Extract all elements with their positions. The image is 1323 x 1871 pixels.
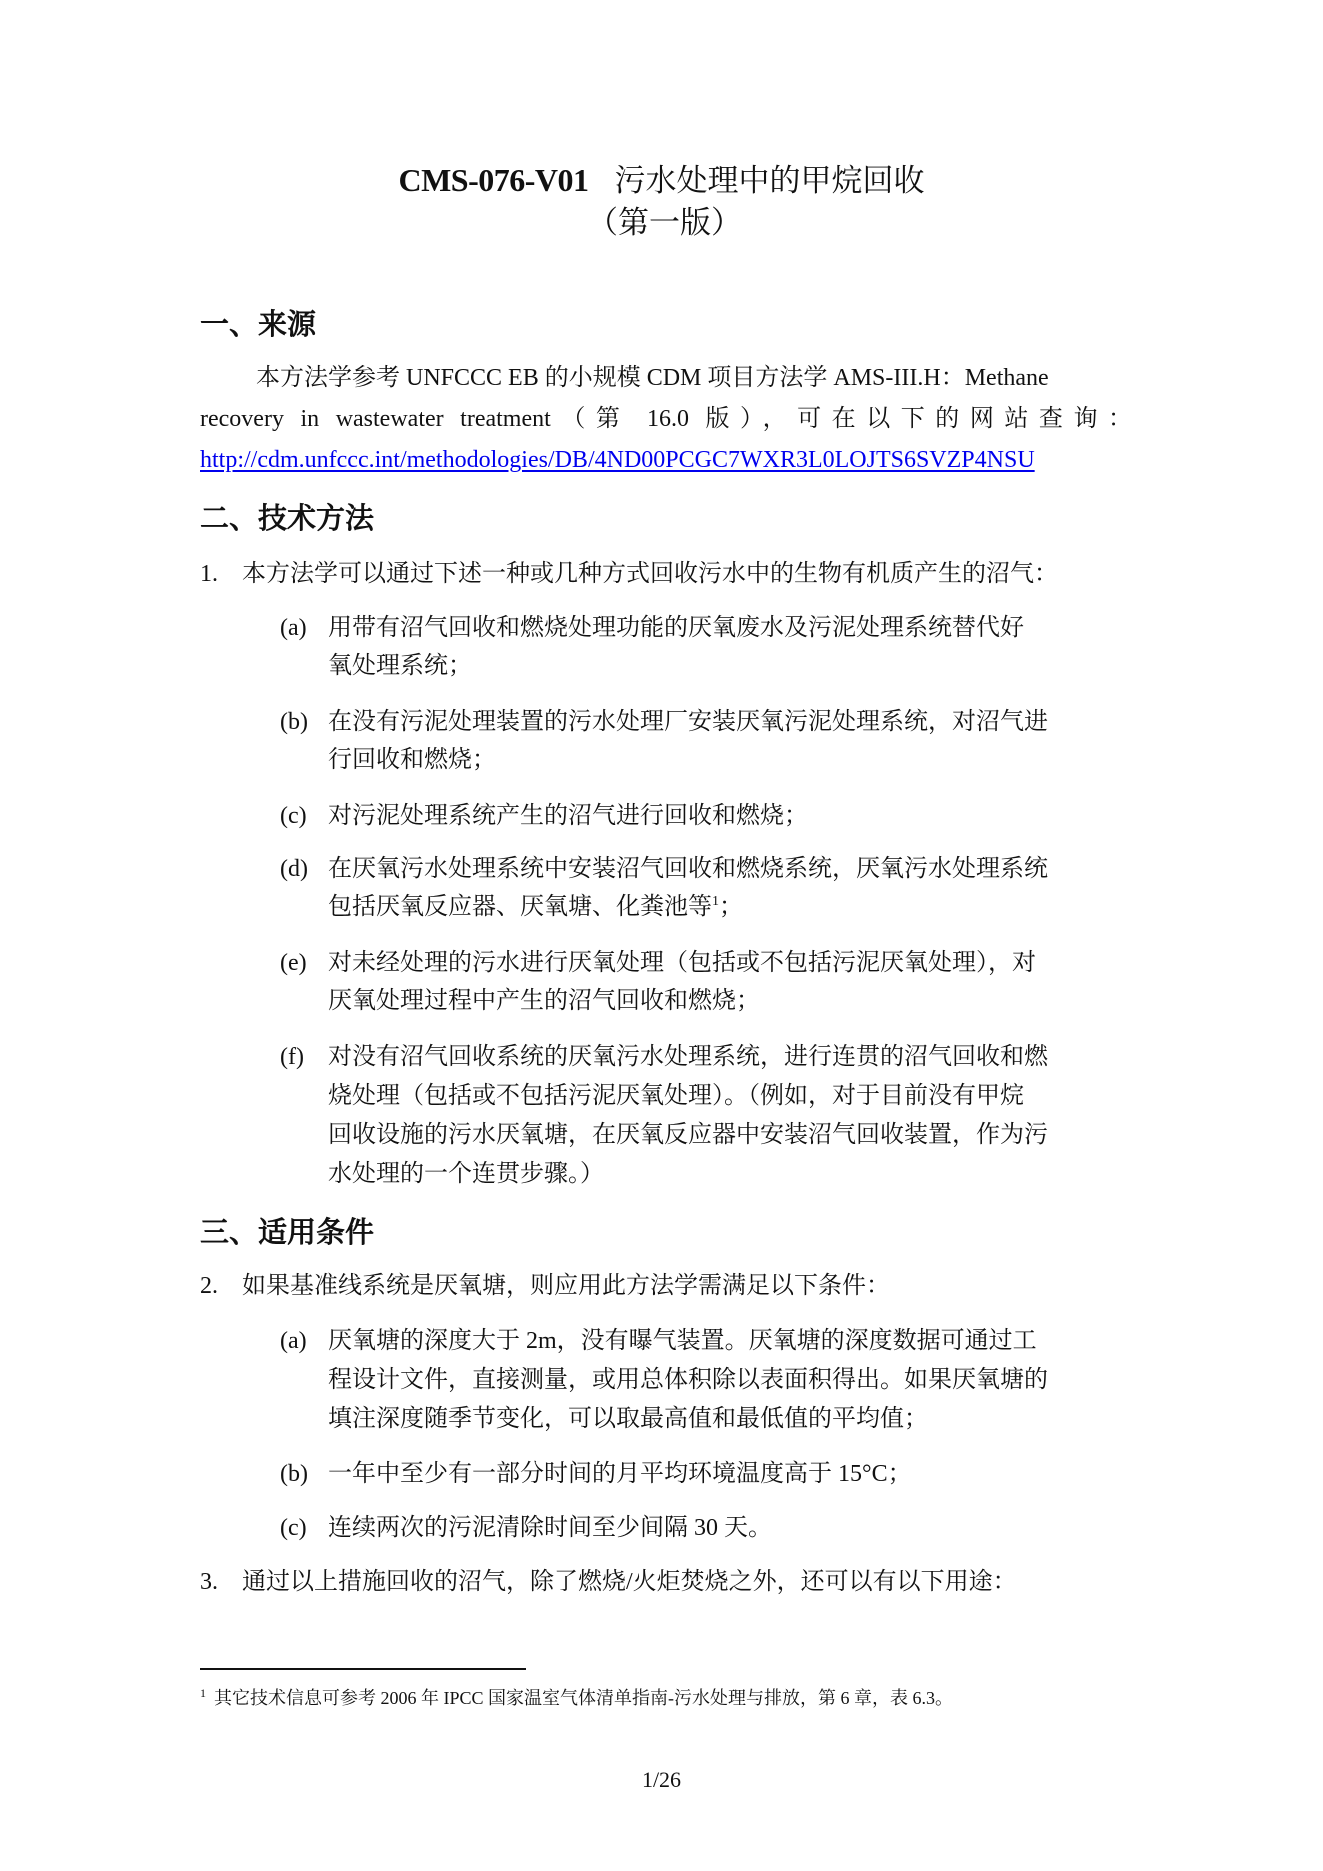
footnote-text: 其它技术信息可参考 2006 年 IPCC 国家温室气体清单指南-污水处理与排放…: [214, 1688, 953, 1708]
subitem-line: 厌氧处理过程中产生的沼气回收和燃烧；: [328, 985, 760, 1017]
subitem-line: 行回收和燃烧；: [328, 744, 496, 776]
footnote-reference[interactable]: 1: [712, 894, 719, 909]
subitem-line: 对未经处理的污水进行厌氧处理（包括或不包括污泥厌氧处理），对: [328, 947, 1036, 979]
edition-label: （第一版）: [0, 203, 1323, 243]
section-heading-technical-method: 二、技术方法: [200, 500, 374, 536]
footnote-separator: [200, 1668, 526, 1670]
methodology-code: CMS-076-V01: [398, 162, 588, 198]
item-text: 如果基准线系统是厌氧塘，则应用此方法学需满足以下条件：: [242, 1270, 890, 1302]
subitem-line: 用带有沼气回收和燃烧处理功能的厌氧废水及污泥处理系统替代好: [328, 612, 1024, 644]
methodology-name: 污水处理中的甲烷回收: [615, 163, 925, 199]
subitem-label: (b): [280, 1458, 308, 1490]
document-page: CMS-076-V01污水处理中的甲烷回收 （第一版） 一、来源 本方法学参考 …: [0, 0, 1323, 1871]
document-title: CMS-076-V01污水处理中的甲烷回收: [0, 160, 1323, 201]
subitem-line: 烧处理（包括或不包括污泥厌氧处理）。（例如，对于目前没有甲烷: [328, 1080, 1024, 1112]
subitem-line: 在厌氧污水处理系统中安装沼气回收和燃烧系统，厌氧污水处理系统: [328, 853, 1048, 885]
subitem-label: (a): [280, 1325, 307, 1357]
subitem-line: 程设计文件，直接测量，或用总体积除以表面积得出。如果厌氧塘的: [328, 1364, 1048, 1396]
item-number: 2.: [200, 1270, 218, 1302]
subitem-line: 对没有沼气回收系统的厌氧污水处理系统，进行连贯的沼气回收和燃: [328, 1041, 1048, 1073]
subitem-line: 对污泥处理系统产生的沼气进行回收和燃烧；: [328, 800, 808, 832]
source-link-container: http://cdm.unfccc.int/methodologies/DB/4…: [200, 444, 1035, 476]
footnote-mark: 1: [200, 1686, 206, 1700]
subitem-line-tail: ；: [719, 894, 743, 920]
item-text: 本方法学可以通过下述一种或几种方式回收污水中的生物有机质产生的沼气：: [242, 558, 1058, 590]
subitem-line: 填注深度随季节变化，可以取最高值和最低值的平均值；: [328, 1403, 928, 1435]
subitem-label: (d): [280, 853, 308, 885]
page-number: 1/26: [0, 1766, 1323, 1794]
section-heading-applicability: 三、适用条件: [200, 1214, 374, 1250]
subitem-line-text: 包括厌氧反应器、厌氧塘、化粪池等: [328, 894, 712, 920]
subitem-line-with-footnote: 包括厌氧反应器、厌氧塘、化粪池等1；: [328, 891, 743, 923]
item-number: 1.: [200, 558, 218, 590]
source-paragraph-line-2: recovery in wastewater treatment（第 16.0 …: [200, 403, 1132, 435]
item-text: 通过以上措施回收的沼气，除了燃烧/火炬焚烧之外，还可以有以下用途：: [242, 1566, 1017, 1598]
subitem-line: 回收设施的污水厌氧塘，在厌氧反应器中安装沼气回收装置，作为污: [328, 1119, 1048, 1151]
subitem-line: 厌氧塘的深度大于 2m，没有曝气装置。厌氧塘的深度数据可通过工: [328, 1325, 1037, 1357]
section-heading-source: 一、来源: [200, 306, 316, 342]
footnote: 1其它技术信息可参考 2006 年 IPCC 国家温室气体清单指南-污水处理与排…: [200, 1686, 953, 1710]
item-number: 3.: [200, 1566, 218, 1598]
source-paragraph-line-1: 本方法学参考 UNFCCC EB 的小规模 CDM 项目方法学 AMS-III.…: [256, 362, 1132, 394]
subitem-label: (f): [280, 1041, 304, 1073]
subitem-label: (c): [280, 800, 307, 832]
subitem-label: (b): [280, 706, 308, 738]
subitem-label: (c): [280, 1512, 307, 1544]
subitem-line: 氧处理系统；: [328, 650, 472, 682]
subitem-line: 在没有污泥处理装置的污水处理厂安装厌氧污泥处理系统，对沼气进: [328, 706, 1048, 738]
subitem-line: 水处理的一个连贯步骤。）: [328, 1158, 604, 1190]
subitem-label: (a): [280, 612, 307, 644]
subitem-line: 一年中至少有一部分时间的月平均环境温度高于 15°C；: [328, 1458, 912, 1490]
subitem-line: 连续两次的污泥清除时间至少间隔 30 天。: [328, 1512, 772, 1544]
methodology-link[interactable]: http://cdm.unfccc.int/methodologies/DB/4…: [200, 447, 1035, 473]
subitem-label: (e): [280, 947, 307, 979]
